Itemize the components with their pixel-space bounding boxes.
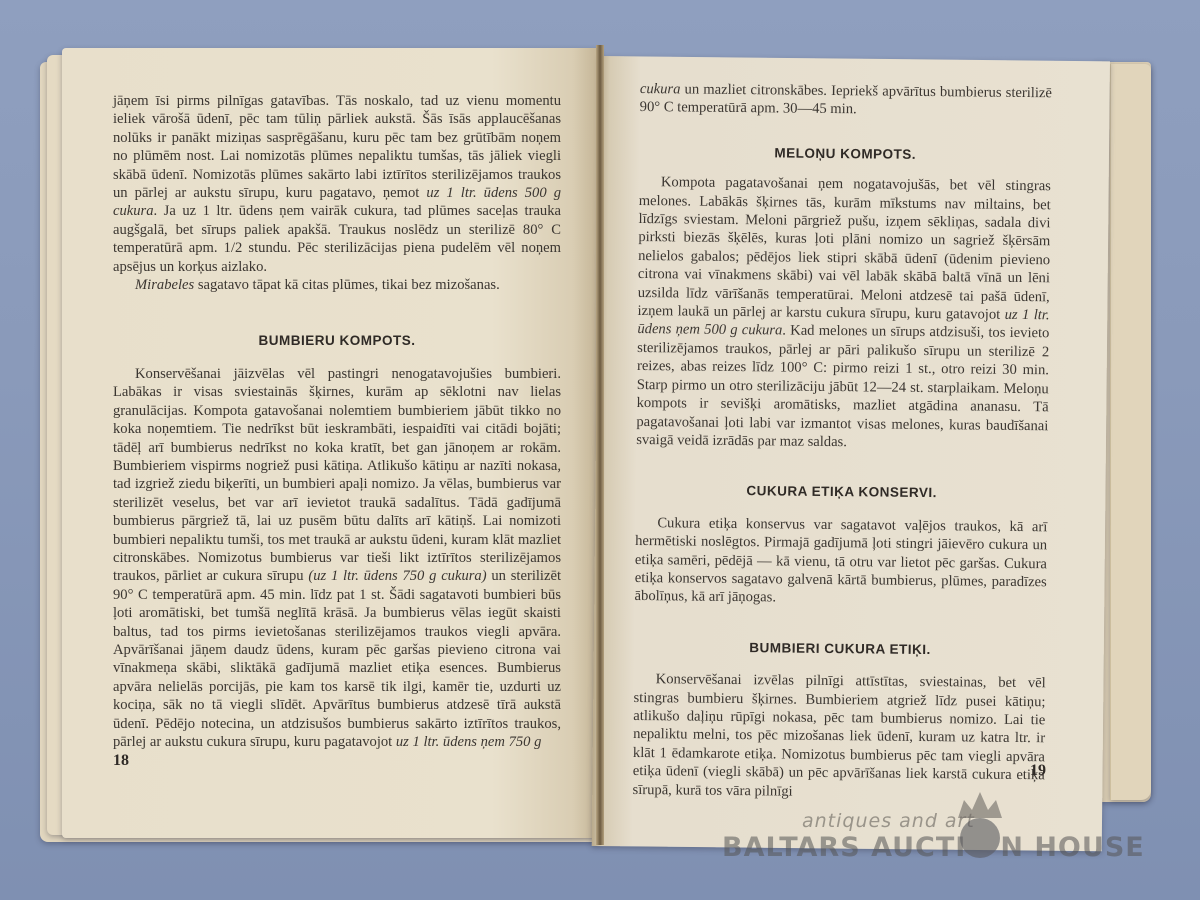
page-number-right: 19 [1030, 762, 1046, 780]
book-gutter [596, 45, 604, 845]
right-page-text: cukura un mazliet citronskābes. Iepriekš… [632, 80, 1052, 803]
text-run: . Ja uz 1 ltr. ūdens ņem vairāk cukura, … [113, 203, 561, 274]
text-run: sagatavo tāpat kā citas plūmes, tikai be… [194, 277, 500, 293]
watermark: antiques and art BALTARS AUCTIN HOUSE [722, 810, 1122, 870]
watermark-tagline: antiques and art [802, 810, 975, 832]
italic-text: Mirabeles [135, 277, 194, 293]
paragraph: Cukura etiķa konservus var sagatavot vaļ… [634, 514, 1047, 610]
text-run: Kompota pagatavošanai ņem nogatavojušās,… [637, 174, 1050, 322]
section-heading: MELOŅU KOMPOTS. [639, 143, 1051, 166]
continuation-paragraph: cukura un mazliet citronskābes. Iepriekš… [640, 80, 1052, 121]
left-paragraphs-post: Konservēšanai jāizvēlas vēl pastingri ne… [113, 365, 561, 752]
text-run: Cukura etiķa konservus var sagatavot vaļ… [635, 515, 1048, 606]
left-page-text: jāņem īsi pirms pilnīgas gatavības. Tās … [113, 92, 561, 751]
text-run: Konservēšanai jāizvēlas vēl pastingri ne… [113, 366, 561, 584]
paragraph: jāņem īsi pirms pilnīgas gatavības. Tās … [113, 92, 561, 276]
right-sections: MELOŅU KOMPOTS.Kompota pagatavošanai ņem… [632, 143, 1051, 803]
left-paragraphs-pre: jāņem īsi pirms pilnīgas gatavības. Tās … [113, 92, 561, 294]
paragraph: Mirabeles sagatavo tāpat kā citas plūmes… [113, 276, 561, 294]
paragraph: Kompota pagatavošanai ņem nogatavojušās,… [636, 173, 1051, 453]
text-run: . Kad melones un sīrups atdzisuši, tos i… [636, 323, 1049, 450]
text-run: Konservēšanai izvēlas pilnīgi attīstītas… [632, 671, 1045, 799]
watermark-brand-left: BALTARS AUCTI [722, 832, 966, 863]
text-run: un sterilizēt 90° C temperatūrā apm. 45 … [113, 568, 561, 750]
text-run: un mazliet citronskābes. Iepriekš apvārī… [640, 81, 1052, 117]
page-stack-edge-right [1110, 64, 1151, 800]
section-heading: CUKURA ETIĶA KONSERVI. [636, 481, 1048, 504]
section-heading: BUMBIERI CUKURA ETIĶI. [634, 638, 1046, 661]
paragraph: Konservēšanai jāizvēlas vēl pastingri ne… [113, 365, 561, 752]
italic-text: uz 1 ltr. ūdens ņem 750 g [396, 734, 542, 750]
section-heading: BUMBIERU KOMPOTS. [113, 332, 561, 350]
page-number-left: 18 [113, 752, 129, 770]
crown-circle-icon [950, 788, 1010, 863]
watermark-brand-right: N HOUSE [1000, 832, 1144, 863]
italic-text: (uz 1 ltr. ūdens 750 g cukura) [308, 568, 486, 584]
paragraph: Konservēšanai izvēlas pilnīgi attīstītas… [632, 670, 1045, 803]
watermark-brand: BALTARS AUCTIN HOUSE [722, 832, 1145, 863]
italic-text: cukura [640, 81, 681, 97]
